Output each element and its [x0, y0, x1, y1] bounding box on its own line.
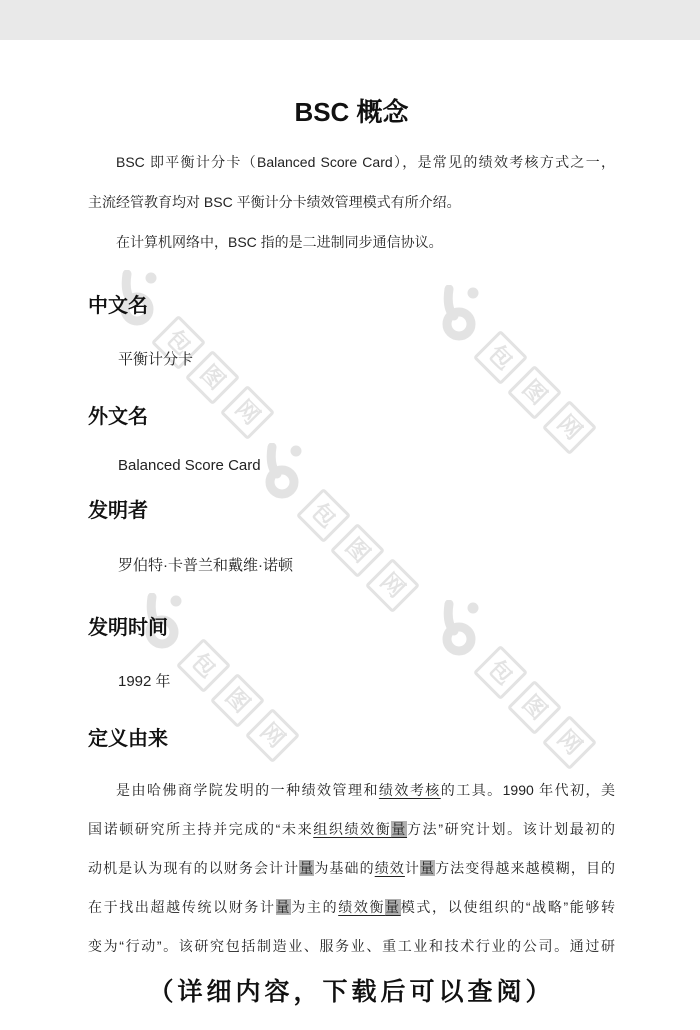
field-label-foreign-name: 外文名: [88, 407, 615, 427]
text-line: 动机是认为现有的以财务会计计量为基础的绩效计量方法变得越来越模糊，目的: [88, 849, 615, 888]
document-body: BSC 概念 BSC 即平衡计分卡（Balanced Score Card），是…: [0, 0, 700, 1010]
document-title: BSC 概念: [88, 94, 615, 130]
field-value-foreign-name: Balanced Score Card: [118, 458, 615, 474]
intro-paragraph-2: 在计算机网络中，BSC 指的是二进制同步通信协议。: [88, 222, 615, 262]
text-line: 在于找出超越传统以财务计量为主的绩效衡量模式，以使组织的“战略”能够转: [88, 888, 615, 927]
section-heading-definition-origin: 定义由来: [88, 729, 615, 749]
download-notice: （详细内容，下载后可以查阅）: [88, 974, 615, 1010]
page-top-margin-band: [0, 0, 700, 40]
text-line: 主流经管教育均对 BSC 平衡计分卡绩效管理模式有所介绍。: [88, 182, 615, 222]
text-line: 变为“行动”。该研究包括制造业、服务业、重工业和技术行业的公司。通过研: [88, 927, 615, 966]
document-preview-page: { "watermark": { "logo": "ibaotu-b-logo"…: [0, 0, 700, 1030]
field-label-chinese-name: 中文名: [88, 296, 615, 316]
field-label-inventor: 发明者: [88, 501, 615, 521]
text-line: BSC 即平衡计分卡（Balanced Score Card），是常见的绩效考核…: [88, 142, 615, 182]
field-label-invention-time: 发明时间: [88, 618, 615, 638]
text-line: 国诺顿研究所主持并完成的“未来组织绩效衡量方法”研究计划。该计划最初的: [88, 810, 615, 849]
field-value-invention-time: 1992 年: [118, 674, 615, 690]
field-value-chinese-name: 平衡计分卡: [118, 352, 615, 368]
definition-paragraph: 是由哈佛商学院发明的一种绩效管理和绩效考核的工具。1990 年代初，美国诺顿研究…: [88, 771, 615, 966]
field-value-inventor: 罗伯特·卡普兰和戴维·诺顿: [118, 558, 615, 574]
text-line: 是由哈佛商学院发明的一种绩效管理和绩效考核的工具。1990 年代初，美: [88, 771, 615, 810]
intro-paragraph: BSC 即平衡计分卡（Balanced Score Card），是常见的绩效考核…: [88, 142, 615, 222]
